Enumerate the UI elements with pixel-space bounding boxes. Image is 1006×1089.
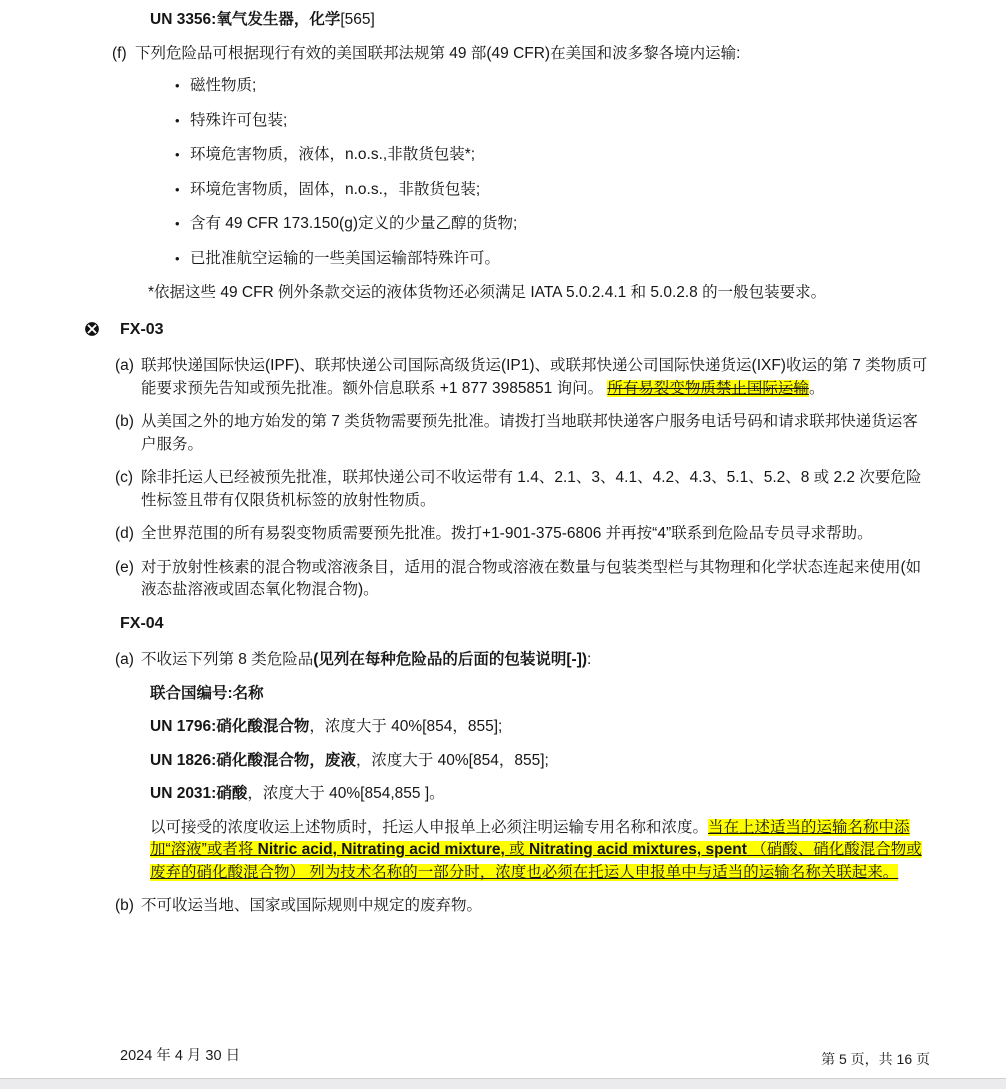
bullet-item: 已批准航空运输的一些美国运输部特殊许可。	[175, 248, 928, 271]
item-text: 不可收运当地、国家或国际规则中规定的废弃物。	[141, 895, 928, 918]
fx04-item-a: (a) 不收运下列第 8 类危险品(见列在每种危险品的后面的包装说明[-]):	[115, 649, 928, 672]
fx03-heading: FX-03	[120, 319, 928, 342]
item-label: (c)	[115, 467, 141, 512]
footer-date: 2024 年 4 月 30 日	[120, 1045, 240, 1068]
un-entry-1796: UN 1796:硝化酸混合物，浓度大于 40%[854，855];	[150, 716, 928, 739]
concentration-note: 以可接受的浓度收运上述物质时，托运人申报单上必须注明运输专用名称和浓度。当在上述…	[150, 817, 928, 885]
un-entry-1826: UN 1826:硝化酸混合物，废液，浓度大于 40%[854，855];	[150, 750, 928, 773]
bullet-item: 磁性物质;	[175, 75, 928, 98]
fx03-item-b: (b) 从美国之外的地方始发的第 7 类货物需要预先批准。请拨打当地联邦快递客户…	[115, 411, 928, 456]
item-text: 对于放射性核素的混合物或溶液条目，适用的混合物或溶液在数量与包装类型栏与其物理和…	[141, 557, 928, 602]
un-entry-3356: UN 3356:氧气发生器，化学[565]	[150, 9, 928, 32]
fx03-title: FX-03	[120, 321, 164, 338]
paragraph-f: (f) 下列危险品可根据现行有效的美国联邦法规第 49 部(49 CFR)在美国…	[112, 43, 928, 66]
footer-page-number: 第 5 页，共 16 页	[821, 1048, 930, 1071]
fx03-item-c: (c) 除非托运人已经被预先批准，联邦快递公司不收运带有 1.4、2.1、3、4…	[115, 467, 928, 512]
un-entry-2031: UN 2031:硝酸，浓度大于 40%[854,855 ]。	[150, 783, 928, 806]
item-label: (a)	[115, 649, 141, 672]
fx04-item-b: (b) 不可收运当地、国家或国际规则中规定的废弃物。	[115, 895, 928, 918]
item-text: 除非托运人已经被预先批准，联邦快递公司不收运带有 1.4、2.1、3、4.1、4…	[141, 467, 928, 512]
fx03-item-e: (e) 对于放射性核素的混合物或溶液条目，适用的混合物或溶液在数量与包装类型栏与…	[115, 557, 928, 602]
bullet-item: 含有 49 CFR 173.150(g)定义的少量乙醇的货物;	[175, 213, 928, 236]
page-content: UN 3356:氧气发生器，化学[565] (f) 下列危险品可根据现行有效的美…	[0, 0, 1006, 918]
item-text: 从美国之外的地方始发的第 7 类货物需要预先批准。请拨打当地联邦快递客户服务电话…	[141, 411, 928, 456]
bullet-item: 环境危害物质，液体，n.o.s.,非散货包装*;	[175, 144, 928, 167]
fx04-title: FX-04	[120, 615, 164, 632]
fx04-heading: FX-04	[120, 613, 928, 636]
item-text: 下列危险品可根据现行有效的美国联邦法规第 49 部(49 CFR)在美国和波多黎…	[135, 43, 928, 66]
item-label: (a)	[115, 355, 141, 400]
item-text: 不收运下列第 8 类危险品(见列在每种危险品的后面的包装说明[-]):	[141, 649, 928, 672]
change-indicator-icon	[85, 322, 99, 336]
un-list-header: 联合国编号:名称	[150, 683, 928, 706]
page-edge-divider	[0, 1078, 1006, 1089]
item-text: 全世界范围的所有易裂变物质需要预先批准。拨打+1-901-375-6806 并再…	[141, 523, 928, 546]
bullet-list: 磁性物质; 特殊许可包装; 环境危害物质，液体，n.o.s.,非散货包装*; 环…	[85, 70, 928, 270]
fx03-item-d: (d) 全世界范围的所有易裂变物质需要预先批准。拨打+1-901-375-680…	[115, 523, 928, 546]
item-label: (b)	[115, 411, 141, 456]
item-text: 联邦快递国际快运(IPF)、联邦快递公司国际高级货运(IP1)、或联邦快递公司国…	[141, 355, 928, 400]
item-label: (f)	[112, 43, 135, 66]
fx03-item-a: (a) 联邦快递国际快运(IPF)、联邦快递公司国际高级货运(IP1)、或联邦快…	[115, 355, 928, 400]
footnote: *依据这些 49 CFR 例外条款交运的液体货物还必须满足 IATA 5.0.2…	[148, 282, 928, 305]
bullet-item: 特殊许可包装;	[175, 110, 928, 133]
bullet-item: 环境危害物质，固体，n.o.s.，非散货包装;	[175, 179, 928, 202]
document-page: UN 3356:氧气发生器，化学[565] (f) 下列危险品可根据现行有效的美…	[0, 0, 1006, 1089]
item-label: (e)	[115, 557, 141, 602]
item-label: (d)	[115, 523, 141, 546]
item-label: (b)	[115, 895, 141, 918]
